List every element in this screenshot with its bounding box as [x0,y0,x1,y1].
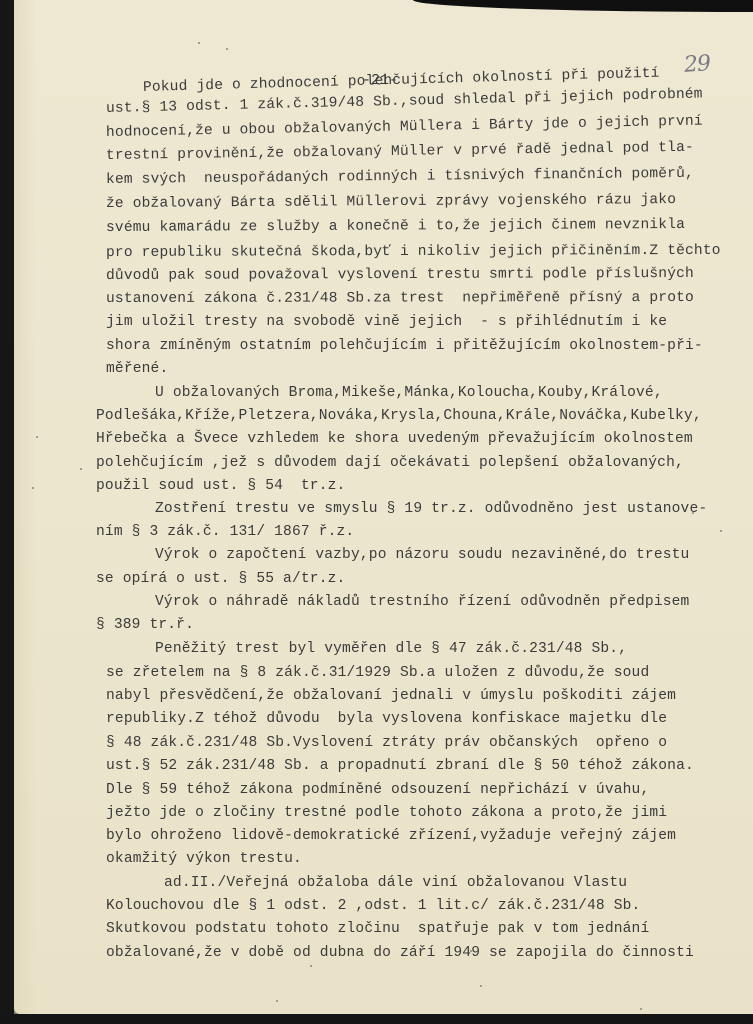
typed-text-line: ad.II./Veřejná obžaloba dále viní obžalo… [164,875,627,891]
typed-text-line: ním § 3 zák.č. 131/ 1867 ř.z. [96,524,354,540]
typed-text-line: se opírá o ust. § 55 a/tr.z. [96,571,345,587]
scan-speck [640,1008,642,1010]
typed-text-line: obžalované,že v době od dubna do září 19… [106,945,694,961]
typed-text-line: Kolouchovou dle § 1 odst. 2 ,odst. 1 lit… [106,898,640,914]
typed-text-line: Hřebečka a Švece vzhledem ke shora uvede… [96,431,693,447]
dark-scan-bottom-edge [0,1014,753,1024]
typed-text-line: Dle § 59 téhož zákona podmíněné odsouzen… [106,782,649,798]
scan-speck [32,487,34,489]
typed-text-line: shora zmíněným ostatním polehčujícím i p… [106,338,703,354]
typed-text-line: se zřetelem na § 8 zák.č.31/1929 Sb.a ul… [106,665,649,681]
handwritten-folio-number: 29 [683,51,711,78]
scan-speck [198,42,200,44]
typed-text-line: pro republiku skutečná škoda,byť i nikol… [106,243,721,261]
typed-text-line: Podlešáka,Kříže,Pletzera,Nováka,Krysla,C… [96,408,702,424]
typed-text-line: svému kamarádu ze služby a konečně i to,… [106,217,685,236]
typed-text-line: použil soud ust. § 54 tr.z. [96,478,345,494]
typed-text-line: bylo ohroženo lidově-demokratické zřízen… [106,828,676,844]
scan-speck [276,1000,278,1002]
typed-text-line: okamžitý výkon trestu. [106,851,302,867]
typed-text-line: Výrok o náhradě nákladů trestního řízení… [155,594,689,610]
scan-speck [36,436,38,438]
typed-text-line: § 389 tr.ř. [96,617,194,633]
scan-speck [80,468,82,470]
typed-text-line: republiky.Z téhož důvodu byla vyslovena … [106,711,667,727]
typed-text-line: ježto jde o zločiny trestné podle tohoto… [106,805,667,821]
scan-speck [720,530,722,532]
typed-text-line: polehčujícím ,jež s důvodem dají očekáva… [96,455,684,471]
scan-speck [692,512,694,514]
typed-text-line: ustanovení zákona č.231/48 Sb.za trest n… [106,290,694,307]
typed-text-line: Výrok o započtení vazby,po názoru soudu … [155,547,689,563]
scan-speck [480,985,482,987]
paper-edge-shading [14,0,36,1024]
typed-text-line: § 48 zák.č.231/48 Sb.Vyslovení ztráty pr… [106,735,667,751]
typed-text-line: nabyl přesvědčení,že obžalovaní jednali … [106,688,676,704]
typed-text-line: důvodů pak soud považoval vyslovení tres… [106,266,694,284]
scan-speck [470,950,472,952]
typed-text-line: jim uložil tresty na svobodě vině jejich… [106,314,667,330]
scanned-page: 29 -21- Pokud jde o zhodnocení polehčují… [0,0,753,1024]
typed-text-line: Skutkovou podstatu tohoto zločinu spatřu… [106,921,649,937]
typed-text-line: Zostření trestu ve smyslu § 19 tr.z. odů… [155,501,707,517]
typed-text-line: ust.§ 52 zák.231/48 Sb. a propadnutí zbr… [106,758,694,774]
typed-text-line: U obžalovaných Broma,Mikeše,Mánka,Kolouc… [155,385,663,401]
typed-text-line: měřené. [106,361,168,377]
typed-text-line: Peněžitý trest byl vyměřen dle § 47 zák.… [155,641,627,657]
scan-speck [310,965,312,967]
scan-speck [226,48,228,50]
